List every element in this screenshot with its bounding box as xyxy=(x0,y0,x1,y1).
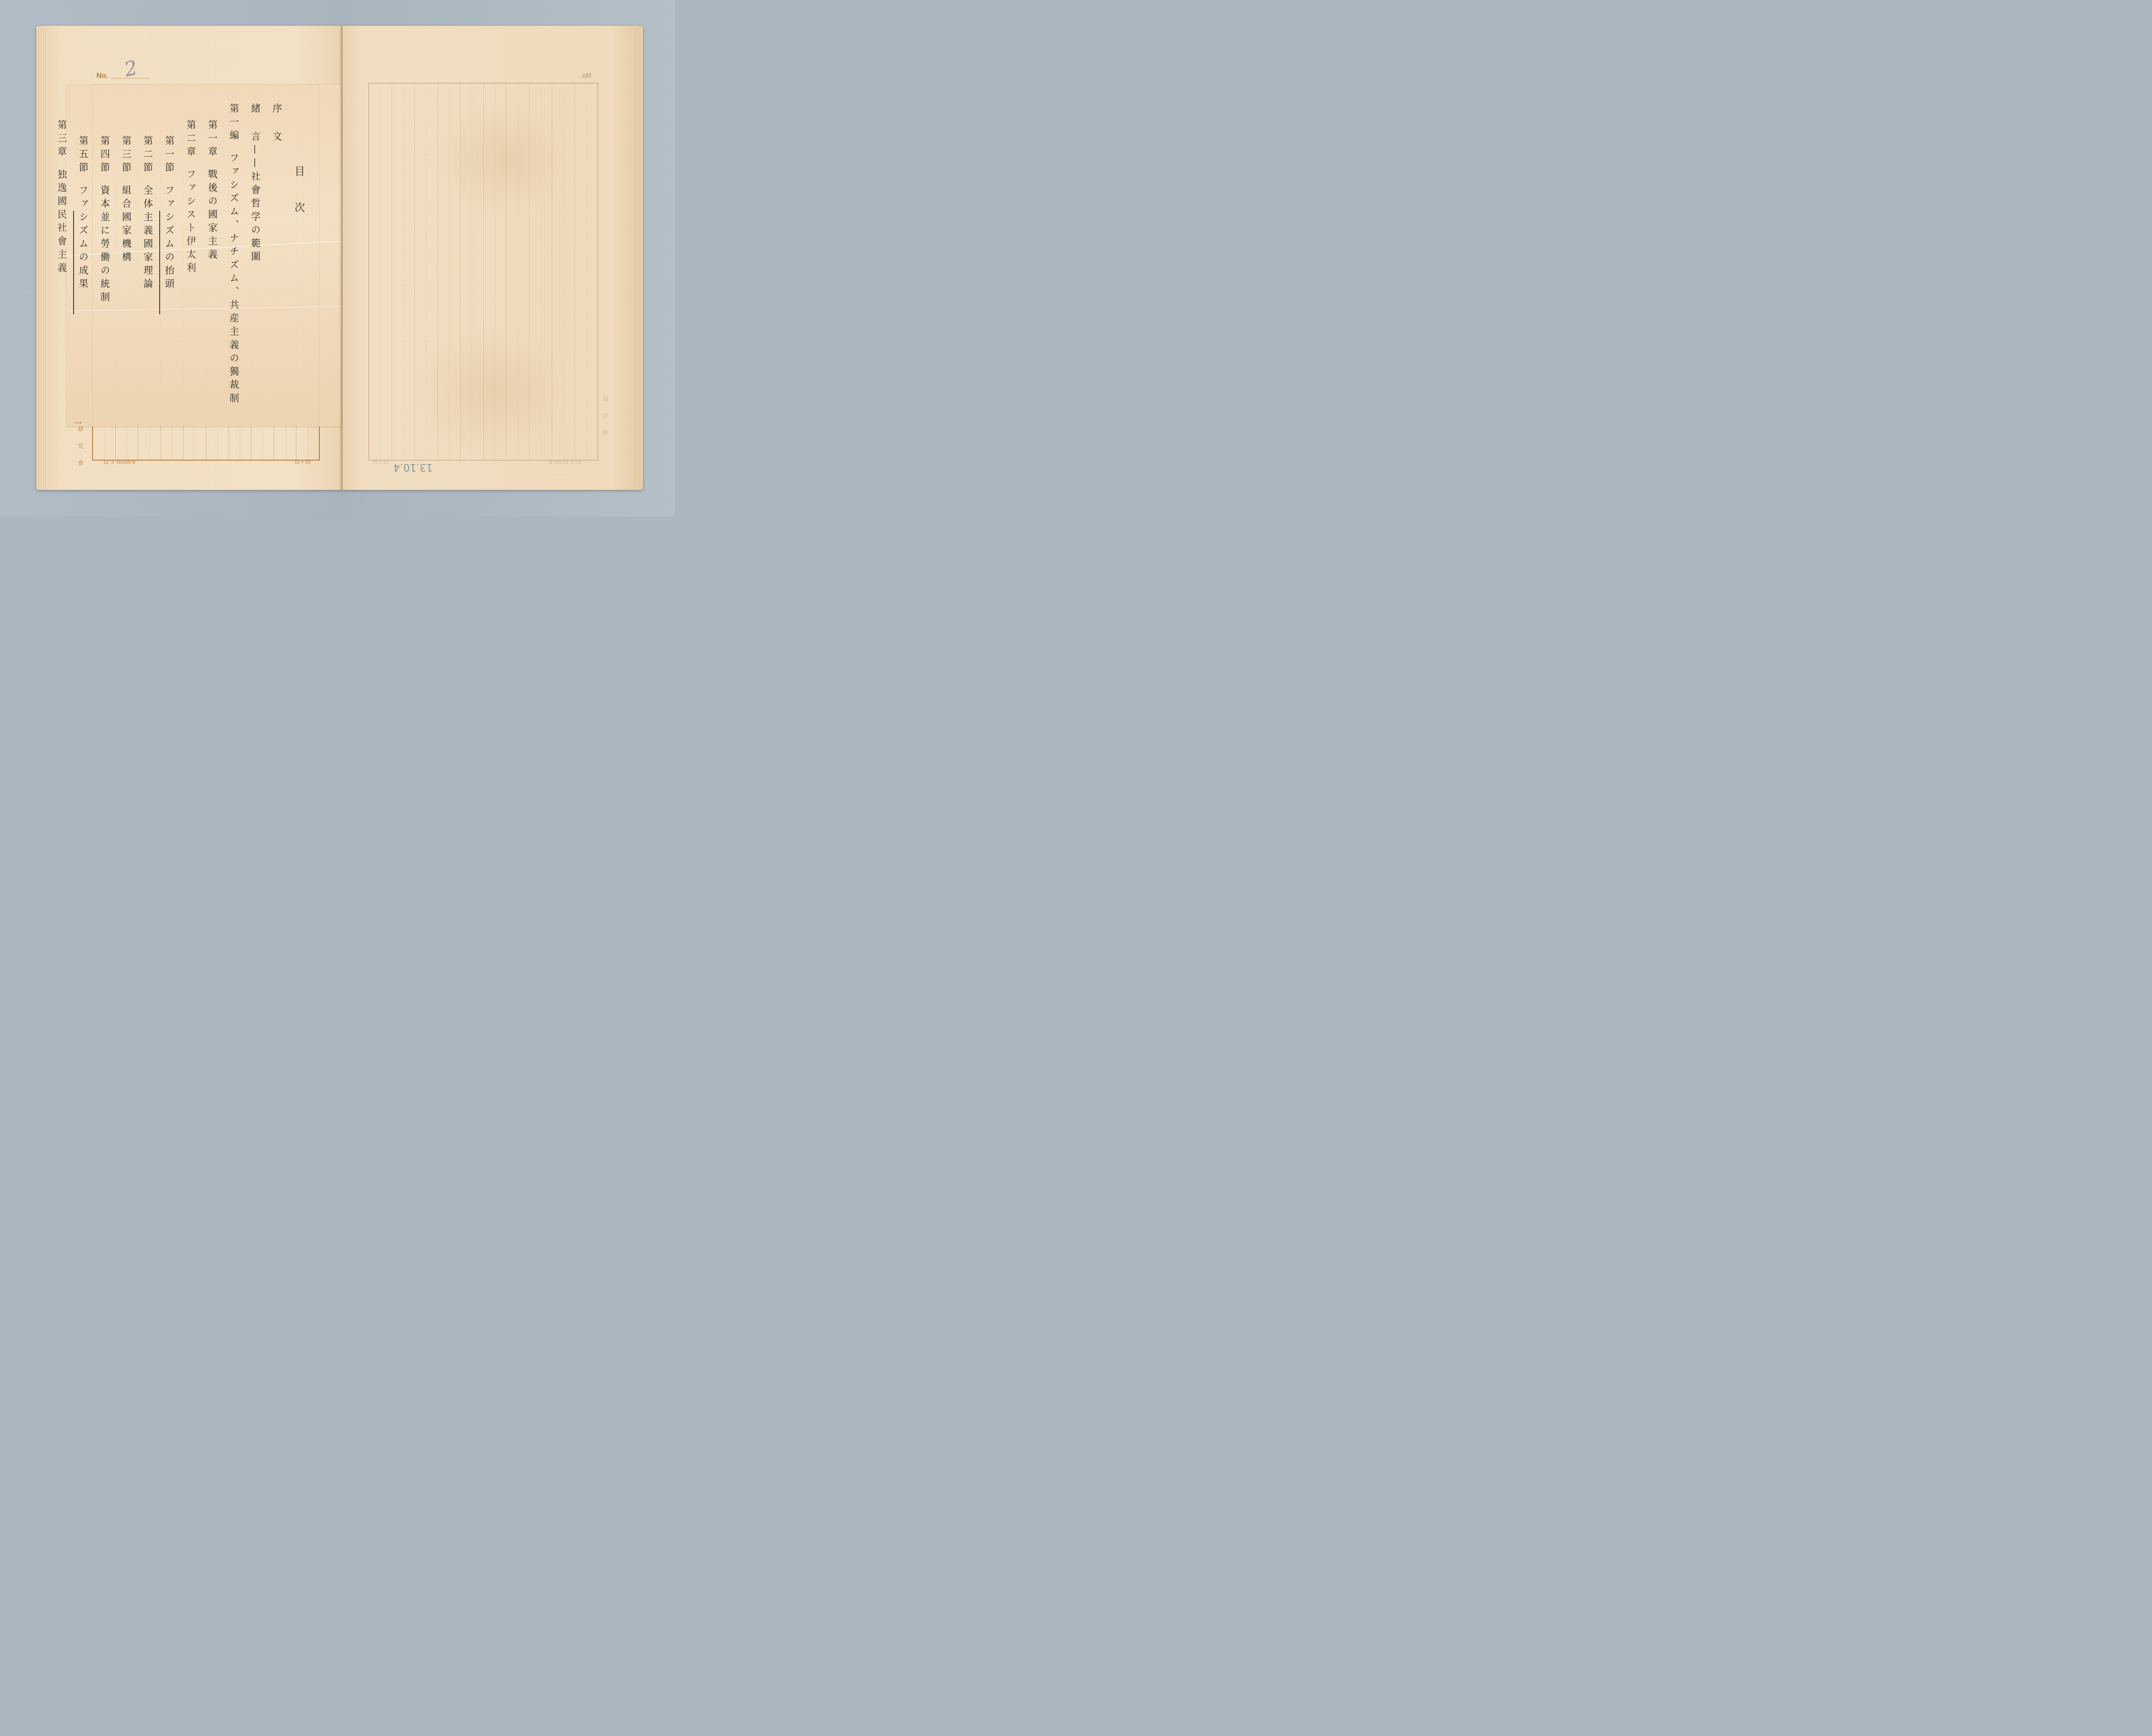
paper-stain xyxy=(411,327,575,456)
publisher-margin-text: 研究會 xyxy=(76,426,84,477)
toc-entry-preface: 序文 xyxy=(272,103,281,145)
open-notebook: No. 2 目次 序文 緒言——社會哲学の範圍 xyxy=(36,26,643,491)
paper-stain xyxy=(437,103,575,215)
page-number-label-showthrough: No. xyxy=(580,72,591,80)
print-code: 12. 3. 50,000 B xyxy=(103,460,136,465)
bracket-line xyxy=(159,211,160,314)
print-code-showthrough: 12. 3. 50,000 B xyxy=(549,460,581,465)
grid-size-showthrough: 10 × 20 xyxy=(373,460,389,465)
left-page: No. 2 目次 序文 緒言——社會哲学の範圍 xyxy=(36,26,343,490)
page-number-label: No. xyxy=(96,71,108,80)
bracket-line xyxy=(73,211,74,314)
toc-entry-section-4: 第四節資本並に勞働の統制 xyxy=(99,136,109,305)
table-of-contents: 目次 序文 緒言——社會哲学の範圍 第一編ファシズム、ナチズム、共産主義の獨裁制… xyxy=(83,103,325,430)
toc-entry-chapter-1: 第一章戰後の國家主義 xyxy=(207,120,216,263)
toc-title: 目次 xyxy=(294,166,304,238)
toc-entry-section-3: 第三節組合國家機構 xyxy=(121,136,130,265)
right-page: No. 研究會 12. 3. 50,000 B 10 × 20 xyxy=(343,26,643,490)
toc-entry-section-5: 第五節ファシズムの成果 xyxy=(78,136,87,292)
toc-entry-introduction: 緒言——社會哲学の範圍 xyxy=(250,103,260,265)
grid-size: 10 × 20 xyxy=(294,460,310,465)
toc-entry-part-1: 第一編ファシズム、ナチズム、共産主義の獨裁制 xyxy=(229,103,238,406)
page-stack-edge-right xyxy=(635,28,643,487)
toc-entry-chapter-3: 第三章独逸國民社會主義 xyxy=(56,120,66,276)
toc-entry-section-2: 第二節全体主義國家理論 xyxy=(142,136,152,292)
toc-entry-section-1: 第一節ファシズムの抬頭 xyxy=(164,136,173,292)
publisher-margin-text-showthrough: 研究會 xyxy=(602,396,610,446)
toc-entry-chapter-2: 第二章ファシスト伊太利 xyxy=(186,120,195,276)
handwritten-page-number: 2 xyxy=(122,56,139,81)
handwritten-date-note: 13.10.4 xyxy=(393,461,433,473)
page-stack-edge-left xyxy=(36,28,46,487)
